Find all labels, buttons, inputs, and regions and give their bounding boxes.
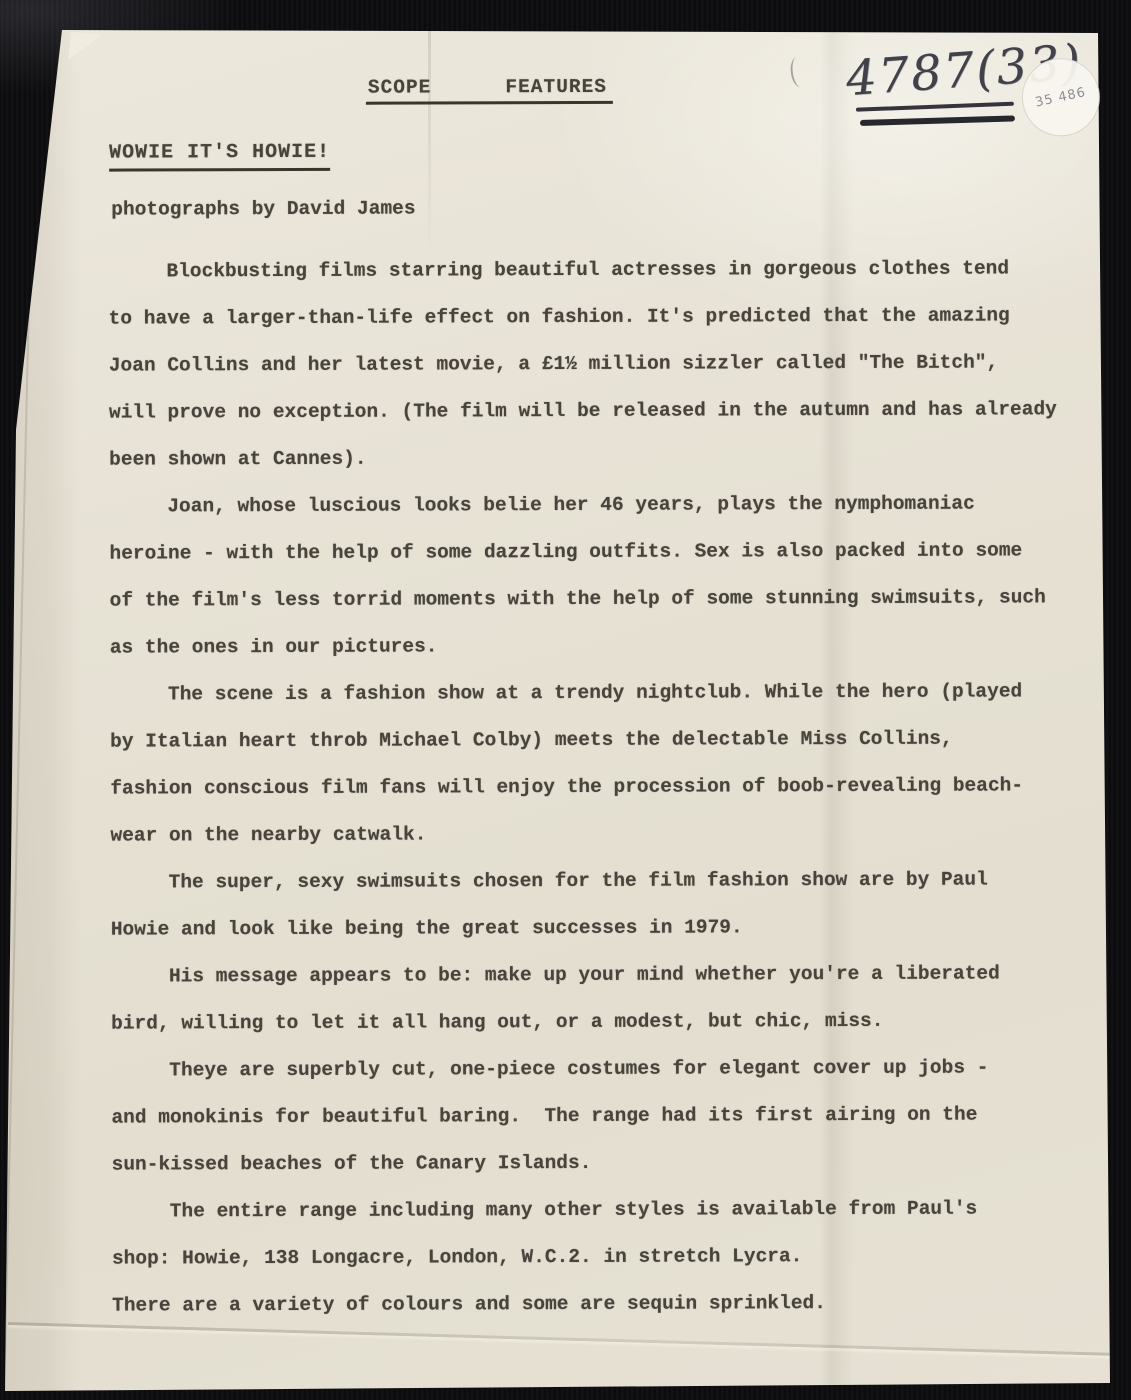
text-line: heroine - with the help of some dazzling… bbox=[109, 527, 1074, 577]
text-line: sun-kissed beaches of the Canary Islands… bbox=[112, 1138, 1077, 1188]
text-line: by Italian heart throb Michael Colby) me… bbox=[110, 715, 1075, 765]
byline: photographs by David James bbox=[111, 198, 415, 221]
text-line: Joan, whose luscious looks belie her 46 … bbox=[109, 480, 1074, 530]
stamp-number: 35 486 bbox=[1034, 84, 1088, 110]
text-line: Joan Collins and her latest movie, a £1½… bbox=[109, 339, 1074, 389]
paragraph: Theye are superbly cut, one-piece costum… bbox=[111, 1044, 1076, 1188]
paragraph: The scene is a fashion show at a trendy … bbox=[110, 668, 1076, 859]
circular-stamp: 35 486 bbox=[1022, 58, 1100, 136]
masthead-scope-label: SCOPE bbox=[368, 76, 432, 98]
text-line: wear on the nearby catwalk. bbox=[110, 809, 1075, 859]
handwritten-underline bbox=[860, 115, 1015, 126]
paragraph: The super, sexy swimsuits chosen for the… bbox=[111, 856, 1076, 953]
paragraph: Joan, whose luscious looks belie her 46 … bbox=[109, 480, 1075, 671]
text-line: Theye are superbly cut, one-piece costum… bbox=[111, 1044, 1076, 1094]
masthead: SCOPEFEATURES bbox=[366, 76, 613, 105]
paragraph: Blockbusting films starring beautiful ac… bbox=[108, 245, 1074, 483]
text-line: The entire range including many other st… bbox=[112, 1185, 1077, 1235]
paragraph: His message appears to be: make up your … bbox=[111, 950, 1076, 1047]
text-line: His message appears to be: make up your … bbox=[111, 950, 1076, 1000]
text-line: been shown at Cannes). bbox=[109, 433, 1074, 483]
text-line: shop: Howie, 138 Longacre, London, W.C.2… bbox=[112, 1232, 1077, 1282]
text-line: fashion conscious film fans will enjoy t… bbox=[110, 762, 1075, 812]
text-line: The super, sexy swimsuits chosen for the… bbox=[111, 856, 1076, 906]
masthead-features-label: FEATURES bbox=[505, 76, 607, 98]
document-title: WOWIE IT'S HOWIE! bbox=[109, 141, 330, 172]
text-line: Blockbusting films starring beautiful ac… bbox=[108, 245, 1073, 295]
text-line: There are a variety of colours and some … bbox=[112, 1279, 1077, 1329]
text-line: as the ones in our pictures. bbox=[110, 621, 1075, 671]
stray-pen-mark bbox=[789, 56, 809, 88]
document-content: SCOPEFEATURES 4787(33) 35 486 WOWIE IT'S… bbox=[0, 0, 1131, 1400]
text-line: and monokinis for beautiful baring. The … bbox=[111, 1091, 1076, 1141]
text-line: will prove no exception. (The film will … bbox=[109, 386, 1074, 436]
text-line: Howie and look like being the great succ… bbox=[111, 903, 1076, 953]
text-line: of the film's less torrid moments with t… bbox=[110, 574, 1075, 624]
text-line: to have a larger-than-life effect on fas… bbox=[109, 292, 1074, 342]
paragraph: The entire range including many other st… bbox=[112, 1185, 1077, 1329]
text-line: The scene is a fashion show at a trendy … bbox=[110, 668, 1075, 718]
text-line: bird, willing to let it all hang out, or… bbox=[111, 997, 1076, 1047]
paragraphs: Blockbusting films starring beautiful ac… bbox=[108, 245, 1077, 1329]
